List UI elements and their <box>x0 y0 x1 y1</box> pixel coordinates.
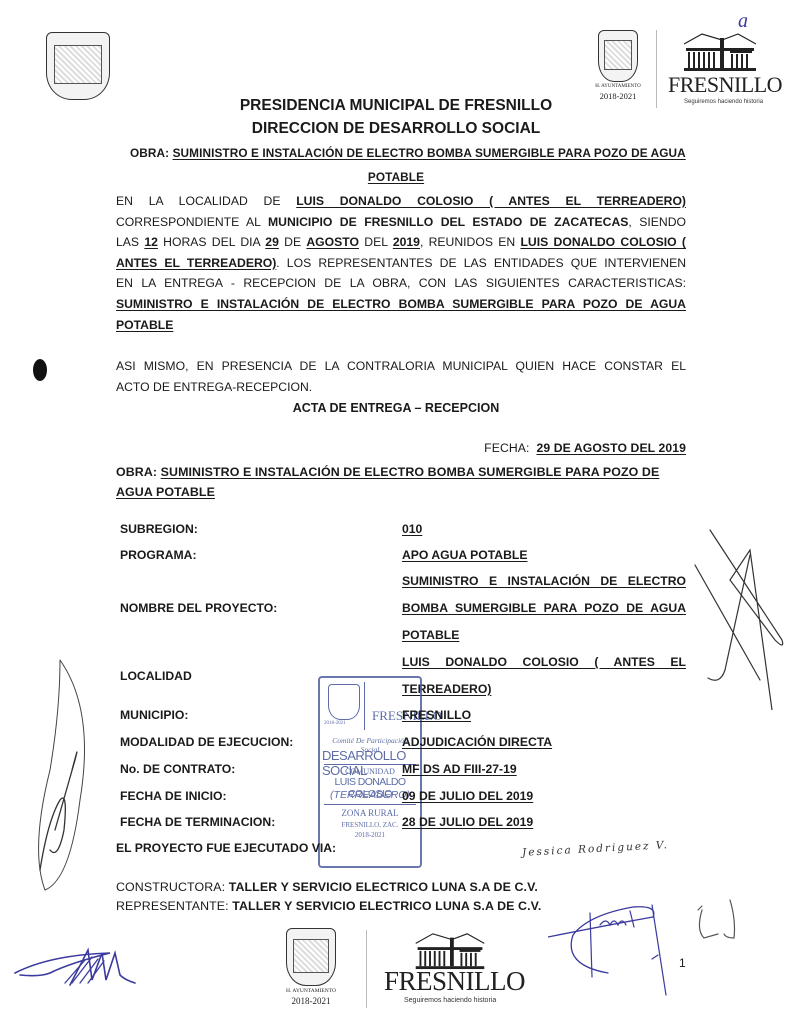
nombre-proyecto-value-1: SUMINISTRO E INSTALACIÓN DE ELECTRO <box>402 574 686 588</box>
fecha-value: 29 DE AGOSTO DEL 2019 <box>536 441 686 455</box>
modalidad-label: MODALIDAD DE EJECUCION: <box>120 735 293 749</box>
footer-crest-label: H. AYUNTAMIENTO <box>280 988 342 994</box>
presence-text: ASI MISMO, EN PRESENCIA DE LA CONTRALORI… <box>116 356 686 377</box>
signature-bottom-left <box>10 945 140 995</box>
acta-title: ACTA DE ENTREGA – RECEPCION <box>0 401 792 415</box>
intro-text: CORRESPONDIENTE AL <box>116 215 268 229</box>
subregion-value: 010 <box>402 522 422 536</box>
signature-left-margin <box>20 650 100 900</box>
intro-text: DEL <box>359 235 393 249</box>
representante-label: REPRESENTANTE: <box>116 899 232 913</box>
fresnillo-skyline-icon <box>682 30 758 72</box>
stamp-crest-icon <box>328 684 360 720</box>
intro-text: DE <box>279 235 307 249</box>
representante-line: REPRESENTANTE: TALLER Y SERVICIO ELECTRI… <box>116 899 541 913</box>
obra-detail: OBRA: SUMINISTRO E INSTALACIÓN DE ELECTR… <box>116 462 659 502</box>
stamp-years-small: 2018-2021 <box>324 721 346 726</box>
intro-paragraph: EN LA LOCALIDAD DE LUIS DONALDO COLOSIO … <box>116 191 686 335</box>
intro-text: , SIENDO <box>628 215 686 229</box>
municipio-value: FRESNILLO <box>402 708 471 722</box>
obra-characteristics: POTABLE <box>116 315 686 336</box>
obra-detail-label: OBRA: <box>116 465 157 479</box>
municipal-crest-left <box>46 32 110 100</box>
fecha-inicio-label: FECHA DE INICIO: <box>120 789 227 803</box>
footer-fresnillo-logo-text: FRESNILLO <box>384 966 525 997</box>
fecha-line: FECHA: 29 DE AGOSTO DEL 2019 <box>484 441 686 455</box>
subregion-label: SUBREGION: <box>120 522 198 536</box>
municipio-label: MUNICIPIO: <box>120 708 188 722</box>
constructora-line: CONSTRUCTORA: TALLER Y SERVICIO ELECTRIC… <box>116 880 538 894</box>
stamp-years: 2018-2021 <box>320 831 420 839</box>
obra-characteristics: SUMINISTRO E INSTALACIÓN DE ELECTRO BOMB… <box>116 294 686 315</box>
fresnillo-logo-text: FRESNILLO <box>668 72 782 98</box>
programa-value: APO AGUA POTABLE <box>402 548 528 562</box>
presence-paragraph: ASI MISMO, EN PRESENCIA DE LA CONTRALORI… <box>116 356 686 397</box>
hour-ref: 12 <box>144 235 158 249</box>
obra-header-value: SUMINISTRO E INSTALACIÓN DE ELECTRO BOMB… <box>173 146 686 160</box>
nombre-proyecto-label: NOMBRE DEL PROYECTO: <box>120 601 277 615</box>
binder-hole-mark <box>33 359 47 381</box>
footer-logo-divider <box>366 930 367 1008</box>
signature-luna <box>548 895 668 1005</box>
obra-detail-value: SUMINISTRO E INSTALACIÓN DE ELECTRO BOMB… <box>161 465 660 479</box>
municipal-crest-right <box>598 30 638 82</box>
place-ref: LUIS DONALDO COLOSIO ( <box>520 235 686 249</box>
right-crest-label: H. AYUNTAMIENTO <box>588 84 648 89</box>
intro-text: . LOS REPRESENTANTES DE LAS ENTIDADES QU… <box>276 256 686 270</box>
obra-header-label: OBRA: <box>130 146 169 160</box>
programa-label: PROGRAMA: <box>120 548 197 562</box>
obra-detail-value: AGUA POTABLE <box>116 482 659 502</box>
intro-text: HORAS DEL DIA <box>158 235 265 249</box>
presence-text: ACTO DE ENTREGA-RECEPCION. <box>116 377 686 398</box>
place-ref: ANTES EL TERREADERO) <box>116 256 276 270</box>
municipio-ref: MUNICIPIO DE FRESNILLO DEL ESTADO DE ZAC… <box>268 215 628 229</box>
intro-text: , REUNIDOS EN <box>420 235 521 249</box>
localidad-value-1: LUIS DONALDO COLOSIO ( ANTES EL <box>402 655 686 669</box>
localidad-label: LOCALIDAD <box>120 669 192 683</box>
intro-text: LAS <box>116 235 144 249</box>
intro-text: EN LA ENTREGA - RECEPCION DE LA OBRA, CO… <box>116 273 686 294</box>
constructora-value: TALLER Y SERVICIO ELECTRICO LUNA S.A DE … <box>229 880 538 894</box>
handwritten-name: Jessica Rodriguez V. <box>522 839 669 859</box>
modalidad-value: ADJUDICACIÓN DIRECTA <box>402 735 552 749</box>
intro-text: EN LA LOCALIDAD DE <box>116 194 296 208</box>
handwritten-mark: a <box>738 10 748 33</box>
signature-right-margin <box>690 520 790 710</box>
fecha-inicio-value: 09 DE JULIO DEL 2019 <box>402 789 533 803</box>
fecha-terminacion-label: FECHA DE TERMINACION: <box>120 815 275 829</box>
obra-header-line1: OBRA: SUMINISTRO E INSTALACIÓN DE ELECTR… <box>130 146 686 160</box>
page-number: 1 <box>679 956 686 970</box>
day-ref: 29 <box>265 235 279 249</box>
representante-value: TALLER Y SERVICIO ELECTRICO LUNA S.A DE … <box>232 899 541 913</box>
year-ref: 2019 <box>393 235 420 249</box>
page-title-presidencia: PRESIDENCIA MUNICIPAL DE FRESNILLO <box>0 97 792 115</box>
constructora-label: CONSTRUCTORA: <box>116 880 229 894</box>
nombre-proyecto-value-2: BOMBA SUMERGIBLE PARA POZO DE AGUA <box>402 601 686 615</box>
localidad-ref: LUIS DONALDO COLOSIO ( ANTES EL TERREADE… <box>296 194 686 208</box>
fecha-label: FECHA: <box>484 441 529 455</box>
footer-crest-years: 2018-2021 <box>280 996 342 1006</box>
footer-fresnillo-skyline-icon <box>402 930 498 970</box>
fecha-terminacion-value: 28 DE JULIO DEL 2019 <box>402 815 533 829</box>
signature-initials <box>690 890 750 950</box>
ejecutado-via-label: EL PROYECTO FUE EJECUTADO VIA: <box>116 841 336 855</box>
contrato-value: MF DS AD FIII-27-19 <box>402 762 517 776</box>
obra-header-value-line2: POTABLE <box>0 170 792 184</box>
contrato-label: No. DE CONTRATO: <box>120 762 235 776</box>
footer-crest <box>286 928 336 986</box>
month-ref: AGOSTO <box>306 235 359 249</box>
page-title-direccion: DIRECCION DE DESARROLLO SOCIAL <box>0 120 792 138</box>
footer-fresnillo-tagline: Seguiremos haciendo historia <box>404 997 496 1004</box>
nombre-proyecto-value-3: POTABLE <box>402 628 459 642</box>
